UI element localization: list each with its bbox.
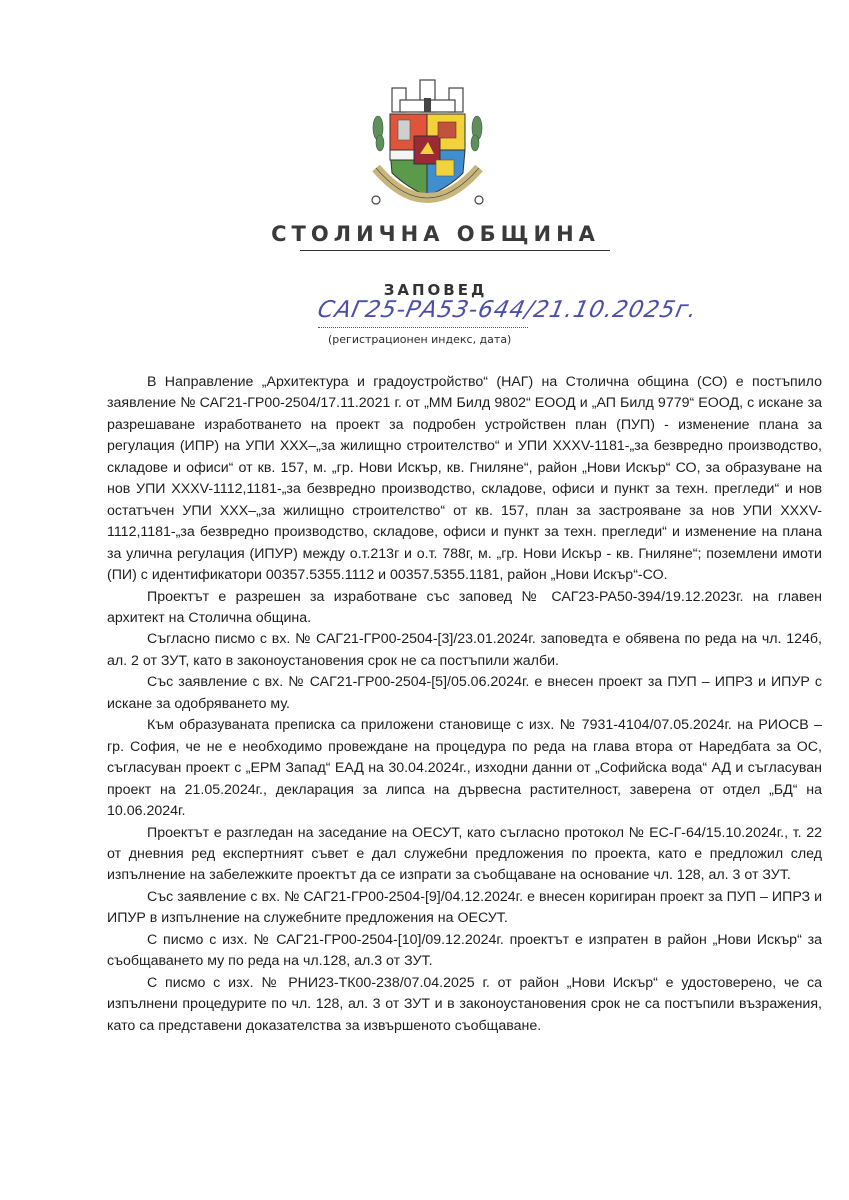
paragraph-permission-order: Проектът е разрешен за изработване със з… xyxy=(107,587,822,630)
paragraph-attachments: Към образуваната преписка са приложени с… xyxy=(107,715,822,822)
organization-name: СТОЛИЧНА ОБЩИНА xyxy=(0,222,849,246)
paragraph-district-confirmation: С писмо с изх. № РНИ23-ТК00-238/07.04.20… xyxy=(107,973,822,1037)
registration-dotted-line xyxy=(318,327,528,328)
paragraph-sent-to-district: С писмо с изх. № САГ21-ГР00-2504-[10]/09… xyxy=(107,930,822,973)
document-body: В Направление „Архитектура и градоустрой… xyxy=(107,372,822,1037)
sofia-coat-of-arms-icon xyxy=(370,78,485,218)
document-page: СТОЛИЧНА ОБЩИНА ЗАПОВЕД САГ25-РА53-644/2… xyxy=(0,0,849,1200)
paragraph-project-submitted: Със заявление с вх. № САГ21-ГР00-2504-[5… xyxy=(107,672,822,715)
header-divider xyxy=(300,250,610,251)
paragraph-corrected-project: Със заявление с вх. № САГ21-ГР00-2504-[9… xyxy=(107,887,822,930)
paragraph-oesut-review: Проектът е разгледан на заседание на ОЕС… xyxy=(107,823,822,887)
paragraph-announcement: Съгласно писмо с вх. № САГ21-ГР00-2504-[… xyxy=(107,629,822,672)
registration-number-handwritten: САГ25-РА53-644/21.10.2025г. xyxy=(315,297,700,323)
paragraph-application: В Направление „Архитектура и градоустрой… xyxy=(107,372,822,587)
registration-caption: (регистрационен индекс, дата) xyxy=(328,333,511,346)
